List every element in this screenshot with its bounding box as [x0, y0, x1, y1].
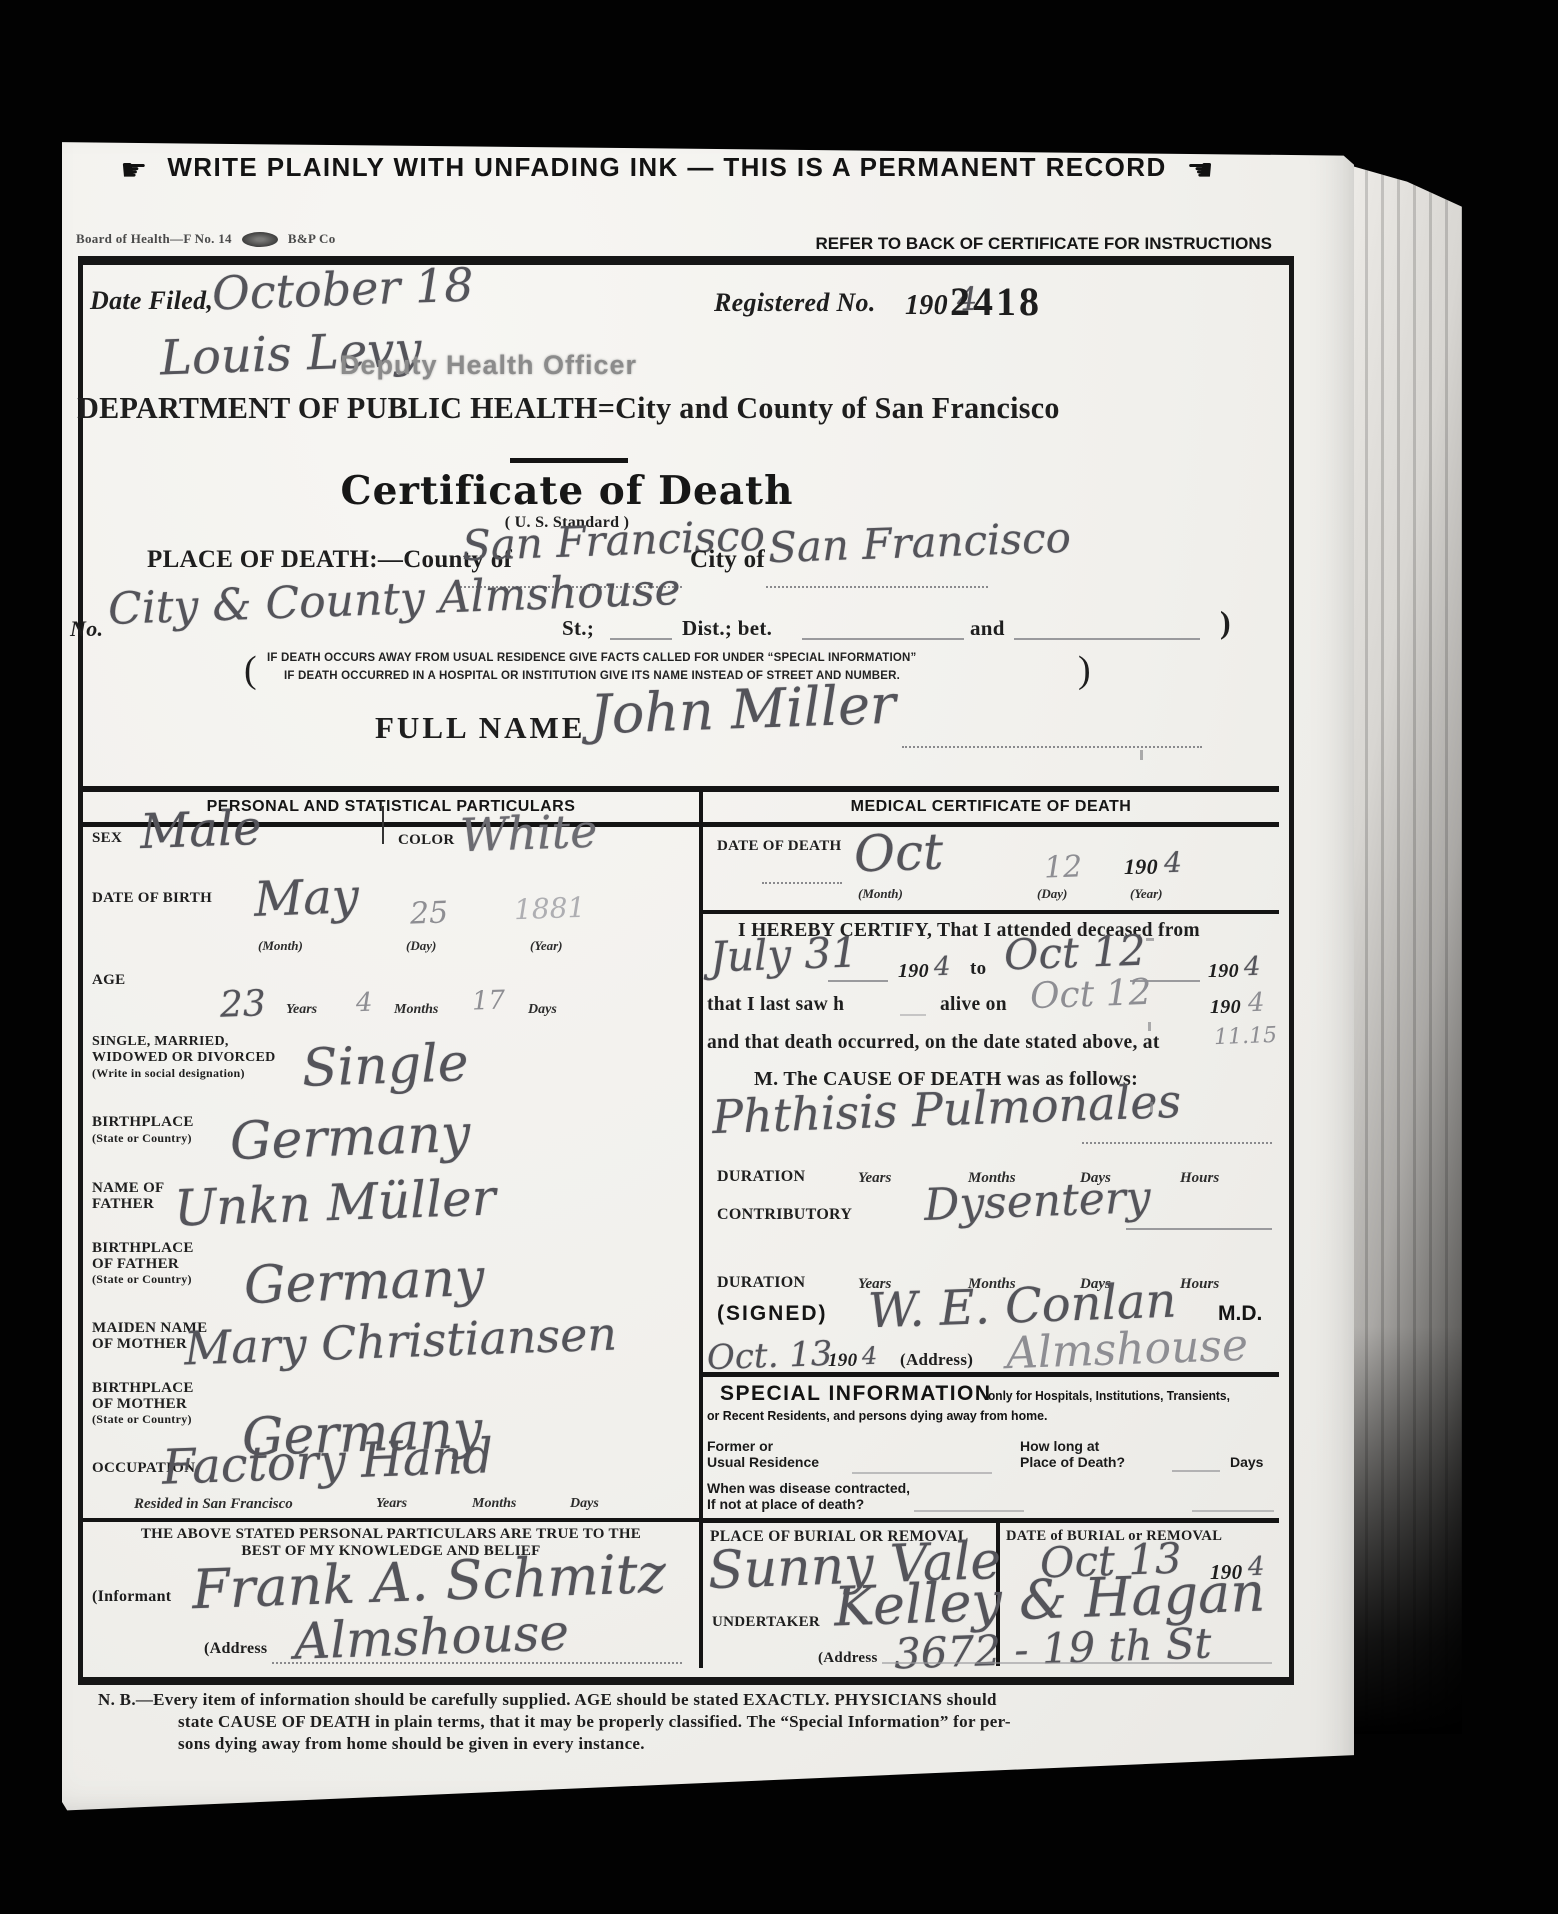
nb-note-line-3: sons dying away from home should be give…: [178, 1734, 645, 1754]
from-baseline: [828, 978, 888, 982]
age-days-value: 17: [471, 985, 505, 1016]
columns-header-rule: [83, 822, 1279, 827]
scan-artifact: [1148, 1022, 1151, 1031]
contracted-baseline-2: [1192, 1508, 1274, 1512]
last-saw-year-written: 4: [1247, 988, 1265, 1019]
mother-bp-label-2: OF MOTHER: [92, 1396, 187, 1413]
undertaker-address-baseline: [882, 1660, 1272, 1664]
to-label: to: [970, 958, 986, 980]
full-name-baseline: [902, 744, 1202, 748]
dod-month-cap: (Month): [858, 886, 903, 902]
marital-label-2: WIDOWED OR DIVORCED: [92, 1050, 276, 1066]
dob-year-cap: (Year): [530, 938, 563, 954]
cause-baseline: [1082, 1140, 1272, 1144]
signed-label: (SIGNED): [717, 1302, 828, 1326]
date-filed-label: Date Filed,: [90, 286, 213, 316]
dob-label: DATE OF BIRTH: [92, 890, 212, 907]
from-year-printed: 190: [898, 960, 929, 983]
father-name-value: Unkn Müller: [173, 1168, 496, 1237]
certificate-paper: ☛ WRITE PLAINLY WITH UNFADING INK — THIS…: [62, 138, 1354, 1812]
duration1-hours-cap: Hours: [1180, 1170, 1219, 1187]
last-saw-suffix: alive on: [940, 994, 1007, 1016]
refer-note: REFER TO BACK OF CERTIFICATE FOR INSTRUC…: [662, 234, 1272, 254]
full-name-value: John Miller: [589, 673, 897, 747]
color-label: COLOR: [398, 832, 455, 849]
dod-day-cap: (Day): [1037, 886, 1067, 902]
printer-note: B&P Co: [288, 231, 336, 246]
death-time-value: 11.15: [1214, 1023, 1278, 1050]
columns-top-rule: [83, 786, 1279, 792]
registered-no-label: Registered No.: [714, 288, 876, 318]
contributory-value: Dysentery: [923, 1172, 1151, 1231]
sex-color-tick: [382, 806, 384, 844]
department-title: DEPARTMENT OF PUBLIC HEALTH=City and Cou…: [77, 390, 1057, 426]
mother-label-2: OF MOTHER: [92, 1336, 187, 1353]
hand-pointing-left-icon: ☚: [1187, 154, 1214, 187]
mother-bp-cap: (State or Country): [92, 1412, 192, 1427]
special-info-title: SPECIAL INFORMATION: [720, 1382, 992, 1406]
marital-label-1: SINGLE, MARRIED,: [92, 1034, 229, 1050]
dist-baseline: [802, 636, 964, 640]
form-note-row: Board of Health—F No. 14 B&P Co: [76, 230, 336, 248]
dod-month-value: Oct: [853, 822, 944, 883]
age-label: AGE: [92, 972, 125, 989]
duration-label-1: DURATION: [717, 1168, 805, 1186]
scan-artifact: [1146, 938, 1154, 941]
father-label-2: FATHER: [92, 1196, 154, 1213]
banner-row: ☛ WRITE PLAINLY WITH UNFADING INK — THIS…: [92, 152, 1242, 186]
to-year-written: 4: [1243, 952, 1261, 983]
mother-bp-label-1: BIRTHPLACE: [92, 1380, 194, 1397]
attest-rule: [83, 1518, 699, 1522]
how-long-label-2: Place of Death?: [1020, 1454, 1125, 1470]
to-year-printed: 190: [1208, 960, 1239, 983]
dod-year-cap: (Year): [1130, 886, 1163, 902]
certificate-title: Certificate of Death: [62, 468, 1072, 514]
dob-month-value: May: [253, 868, 360, 928]
form-note: Board of Health—F No. 14: [76, 231, 232, 246]
place-of-death-label: PLACE OF DEATH:—County of: [147, 546, 512, 574]
age-days-cap: Days: [528, 1002, 557, 1018]
former-residence-baseline: [852, 1470, 992, 1474]
column-divider: [699, 786, 703, 1668]
birthplace-cap: (State or Country): [92, 1131, 192, 1146]
signed-address-label: (Address): [900, 1350, 973, 1370]
resided-label: Resided in San Francisco: [134, 1496, 293, 1513]
special-info-note-1: only for Hospitals, Institutions, Transi…: [988, 1388, 1230, 1403]
last-saw-blank: [900, 1012, 926, 1016]
birthplace-value: Germany: [229, 1104, 471, 1172]
note-close-paren: ): [1078, 648, 1091, 692]
undertaker-label: UNDERTAKER: [712, 1614, 820, 1631]
officer-title-stamp: Deputy Health Officer: [340, 350, 637, 381]
last-saw-prefix: that I last saw h: [707, 994, 844, 1016]
marital-label-3: (Write in social designation): [92, 1066, 245, 1081]
nb-note-line-2: state CAUSE OF DEATH in plain terms, tha…: [178, 1712, 1011, 1732]
attended-to-value: Oct 12: [1003, 926, 1146, 980]
medical-column-header: MEDICAL CERTIFICATE OF DEATH: [703, 798, 1279, 816]
hand-pointing-right-icon: ☛: [120, 154, 147, 187]
informant-label: (Informant: [92, 1588, 171, 1606]
special-info-note-2: or Recent Residents, and persons dying a…: [707, 1408, 1047, 1423]
no-label: No.: [70, 616, 103, 642]
signed-address-value: Almshouse: [1005, 1320, 1249, 1379]
marital-value: Single: [301, 1033, 469, 1099]
father-bp-cap: (State or Country): [92, 1272, 192, 1287]
sex-value: Male: [139, 800, 262, 860]
residence-note-line1: IF DEATH OCCURS AWAY FROM USUAL RESIDENC…: [267, 652, 916, 664]
resided-years-cap: Years: [376, 1496, 407, 1512]
occupation-value: Factory Hand: [161, 1428, 494, 1496]
and-label: and: [970, 616, 1005, 641]
father-label-1: NAME OF: [92, 1180, 165, 1197]
how-long-baseline: [1172, 1468, 1220, 1472]
burial-rule: [703, 1518, 1279, 1523]
date-of-death-label: DATE OF DEATH: [717, 838, 841, 855]
attest-line-1: THE ABOVE STATED PERSONAL PARTICULARS AR…: [83, 1526, 699, 1543]
age-years-value: 23: [219, 983, 266, 1026]
dob-month-cap: (Month): [258, 938, 303, 954]
dob-year-value: 1881: [513, 891, 585, 926]
title-divider: [510, 458, 628, 463]
permanent-record-banner: WRITE PLAINLY WITH UNFADING INK — THIS I…: [167, 152, 1166, 182]
former-residence-label-1: Former or: [707, 1438, 773, 1454]
signed-year-written: 4: [862, 1342, 878, 1371]
last-saw-year-printed: 190: [1210, 996, 1241, 1019]
father-bp-value: Germany: [243, 1248, 485, 1316]
resided-days-cap: Days: [570, 1496, 599, 1512]
duration1-years-cap: Years: [858, 1170, 891, 1187]
and-baseline: [1014, 636, 1200, 640]
age-months-value: 4: [355, 988, 373, 1019]
resided-months-cap: Months: [472, 1496, 516, 1512]
occurred-line: and that death occurred, on the date sta…: [707, 1032, 1160, 1054]
age-months-cap: Months: [394, 1002, 438, 1018]
from-year-written: 4: [933, 952, 951, 983]
registered-no-value: 2418: [950, 278, 1042, 325]
dist-label: Dist.; bet.: [682, 616, 772, 641]
duration2-hours-cap: Hours: [1180, 1276, 1219, 1293]
contracted-baseline-1: [914, 1508, 1024, 1512]
st-label: St.;: [562, 616, 594, 641]
nb-note-line-1: N. B.—Every item of information should b…: [98, 1690, 997, 1710]
city-baseline: [766, 584, 988, 588]
sex-label: SEX: [92, 830, 122, 847]
year-printed: 190: [905, 290, 948, 322]
dod-lead-baseline: [762, 880, 842, 884]
row-close-paren: ): [1220, 604, 1231, 641]
dob-day-cap: (Day): [406, 938, 436, 954]
attended-from-value: July 31: [709, 927, 858, 981]
father-bp-label-2: OF FATHER: [92, 1256, 179, 1273]
informant-address-baseline: [272, 1660, 682, 1664]
signed-year-printed: 190: [828, 1350, 857, 1372]
contributory-label: CONTRIBUTORY: [717, 1206, 852, 1224]
contributory-baseline: [1126, 1226, 1272, 1230]
note-open-paren: (: [244, 648, 257, 692]
printer-seal-icon: [242, 232, 278, 247]
dod-year-printed: 190: [1124, 854, 1158, 880]
dob-day-value: 25: [409, 895, 448, 931]
how-long-days-label: Days: [1230, 1454, 1263, 1470]
informant-address-label: (Address: [204, 1640, 267, 1658]
date-filed-value: October 18: [211, 257, 474, 320]
dod-day-value: 12: [1043, 849, 1082, 885]
special-info-rule: [703, 1372, 1279, 1377]
dod-year-written: 4: [1163, 846, 1182, 880]
color-value: White: [459, 804, 598, 863]
birthplace-label: BIRTHPLACE: [92, 1114, 194, 1131]
undertaker-address-label: (Address: [818, 1650, 878, 1667]
age-years-cap: Years: [286, 1002, 317, 1018]
scan-artifact: [1150, 1102, 1153, 1112]
contracted-label-1: When was disease contracted,: [707, 1480, 910, 1496]
duration-label-2: DURATION: [717, 1274, 805, 1292]
former-residence-label-2: Usual Residence: [707, 1454, 819, 1470]
book-page-edges: [1352, 166, 1462, 1734]
scanned-death-certificate: ☛ WRITE PLAINLY WITH UNFADING INK — THIS…: [0, 0, 1558, 1914]
dod-rule: [703, 910, 1279, 914]
full-name-label: FULL NAME: [375, 710, 585, 746]
contracted-label-2: If not at place of death?: [707, 1496, 864, 1512]
last-saw-value: Oct 12: [1029, 972, 1152, 1017]
father-bp-label-1: BIRTHPLACE: [92, 1240, 194, 1257]
place-city-label: City of: [690, 546, 765, 574]
st-baseline: [610, 636, 672, 640]
scan-artifact: [1140, 750, 1143, 760]
how-long-label-1: How long at: [1020, 1438, 1099, 1454]
